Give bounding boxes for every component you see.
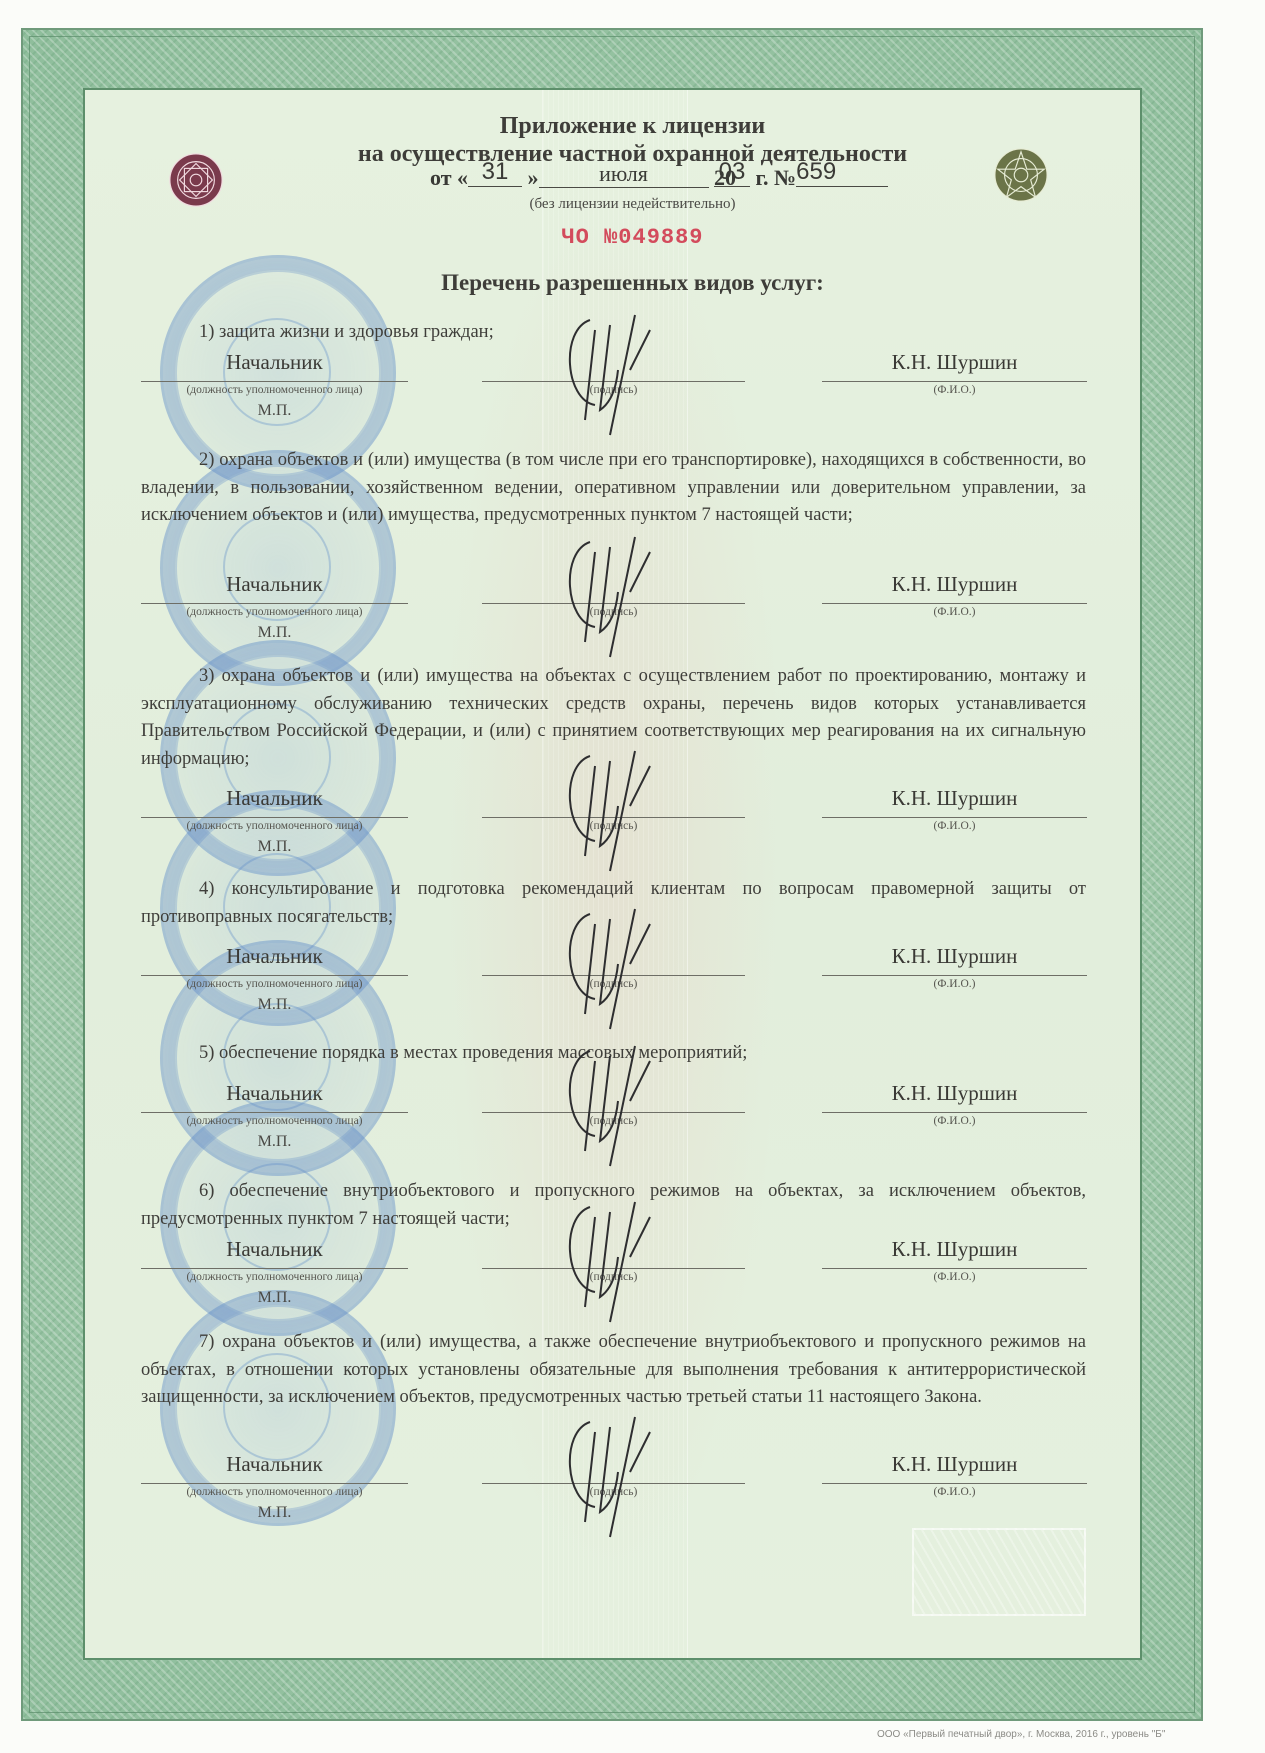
- services-heading: Перечень разрешенных видов услуг:: [0, 270, 1265, 296]
- security-hologram-area: [912, 1528, 1086, 1616]
- seal-mark: М.П.: [141, 996, 408, 1014]
- position-caption: (должность уполномоченного лица): [141, 606, 408, 618]
- position-line: [141, 817, 408, 818]
- date-prefix: от «: [430, 165, 468, 190]
- name-caption: (Ф.И.О.): [822, 384, 1087, 396]
- date-month: июля: [599, 161, 648, 186]
- service-item-2: 2) охрана объектов и (или) имущества (в …: [141, 447, 1086, 530]
- signer-position: Начальник: [141, 350, 408, 375]
- seal-mark: М.П.: [141, 402, 408, 420]
- name-caption: (Ф.И.О.): [822, 1115, 1087, 1127]
- seal-mark: М.П.: [141, 624, 408, 642]
- service-item-6: 6) обеспечение внутриобъектового и пропу…: [141, 1178, 1086, 1233]
- validity-note: (без лицензии недействительно): [0, 196, 1265, 213]
- position-caption: (должность уполномоченного лица): [141, 384, 408, 396]
- number-label: №: [774, 165, 796, 190]
- position-caption: (должность уполномоченного лица): [141, 1115, 408, 1127]
- signer-name: К.Н. Шуршин: [822, 350, 1087, 375]
- date-year-field: 03: [714, 164, 750, 187]
- name-line: [822, 381, 1087, 382]
- signer-name: К.Н. Шуршин: [822, 1237, 1087, 1262]
- date-month-field: июля: [539, 165, 709, 188]
- name-line: [822, 1483, 1087, 1484]
- signer-name: К.Н. Шуршин: [822, 1081, 1087, 1106]
- signature-block: Начальник К.Н. Шуршин (должность уполном…: [0, 350, 1265, 420]
- service-item-3: 3) охрана объектов и (или) имущества на …: [141, 663, 1086, 773]
- signature-caption: (подпись): [482, 1115, 745, 1127]
- signature-caption: (подпись): [482, 820, 745, 832]
- position-caption: (должность уполномоченного лица): [141, 820, 408, 832]
- signature-caption: (подпись): [482, 1271, 745, 1283]
- position-line: [141, 975, 408, 976]
- signature-line: [482, 1112, 745, 1113]
- position-line: [141, 381, 408, 382]
- signer-name: К.Н. Шуршин: [822, 944, 1087, 969]
- seal-mark: М.П.: [141, 1289, 408, 1307]
- seal-mark: М.П.: [141, 1133, 408, 1151]
- signature-caption: (подпись): [482, 384, 745, 396]
- signer-position: Начальник: [141, 1081, 408, 1106]
- service-item-5: 5) обеспечение порядка в местах проведен…: [141, 1040, 1086, 1068]
- date-year: 03: [719, 158, 746, 185]
- license-number-field: 659: [796, 164, 888, 187]
- license-date-line: от «31 »июля 2003 г. №659: [430, 164, 888, 191]
- seal-mark: М.П.: [141, 1504, 408, 1522]
- signature-block: Начальник К.Н. Шуршин (должность уполном…: [0, 1452, 1265, 1522]
- printer-imprint: ООО «Первый печатный двор», г. Москва, 2…: [877, 1729, 1165, 1740]
- date-day-field: 31: [468, 164, 522, 187]
- signature-line: [482, 381, 745, 382]
- position-line: [141, 1268, 408, 1269]
- name-caption: (Ф.И.О.): [822, 978, 1087, 990]
- signer-position: Начальник: [141, 786, 408, 811]
- name-line: [822, 1112, 1087, 1113]
- name-line: [822, 1268, 1087, 1269]
- date-day: 31: [482, 158, 509, 185]
- signature-caption: (подпись): [482, 978, 745, 990]
- signature-line: [482, 817, 745, 818]
- signature-caption: (подпись): [482, 606, 745, 618]
- signer-position: Начальник: [141, 1237, 408, 1262]
- service-item-1: 1) защита жизни и здоровья граждан;: [141, 319, 1086, 347]
- position-line: [141, 603, 408, 604]
- signer-name: К.Н. Шуршин: [822, 786, 1087, 811]
- date-year-suffix: г.: [756, 165, 769, 190]
- signature-line: [482, 603, 745, 604]
- signer-position: Начальник: [141, 1452, 408, 1477]
- signature-line: [482, 1483, 745, 1484]
- name-line: [822, 975, 1087, 976]
- position-line: [141, 1483, 408, 1484]
- service-item-4: 4) консультирование и подготовка рекомен…: [141, 876, 1086, 931]
- signer-name: К.Н. Шуршин: [822, 1452, 1087, 1477]
- signer-name: К.Н. Шуршин: [822, 572, 1087, 597]
- signature-caption: (подпись): [482, 1486, 745, 1498]
- seal-mark: М.П.: [141, 838, 408, 856]
- signature-block: Начальник К.Н. Шуршин (должность уполном…: [0, 944, 1265, 1014]
- position-caption: (должность уполномоченного лица): [141, 1486, 408, 1498]
- signature-line: [482, 1268, 745, 1269]
- position-caption: (должность уполномоченного лица): [141, 978, 408, 990]
- name-caption: (Ф.И.О.): [822, 606, 1087, 618]
- signer-position: Начальник: [141, 944, 408, 969]
- signature-block: Начальник К.Н. Шуршин (должность уполном…: [0, 786, 1265, 856]
- service-item-7: 7) охрана объектов и (или) имущества, а …: [141, 1329, 1086, 1412]
- document-title: Приложение к лицензии: [0, 113, 1265, 140]
- name-line: [822, 603, 1087, 604]
- license-number: 659: [796, 158, 836, 185]
- name-line: [822, 817, 1087, 818]
- signature-line: [482, 975, 745, 976]
- signer-position: Начальник: [141, 572, 408, 597]
- signature-block: Начальник К.Н. Шуршин (должность уполном…: [0, 1237, 1265, 1307]
- name-caption: (Ф.И.О.): [822, 1486, 1087, 1498]
- serial-number: ЧО №049889: [0, 225, 1265, 250]
- date-quote-close: »: [528, 165, 539, 190]
- signature-block: Начальник К.Н. Шуршин (должность уполном…: [0, 572, 1265, 642]
- signature-block: Начальник К.Н. Шуршин (должность уполном…: [0, 1081, 1265, 1151]
- position-caption: (должность уполномоченного лица): [141, 1271, 408, 1283]
- name-caption: (Ф.И.О.): [822, 1271, 1087, 1283]
- name-caption: (Ф.И.О.): [822, 820, 1087, 832]
- position-line: [141, 1112, 408, 1113]
